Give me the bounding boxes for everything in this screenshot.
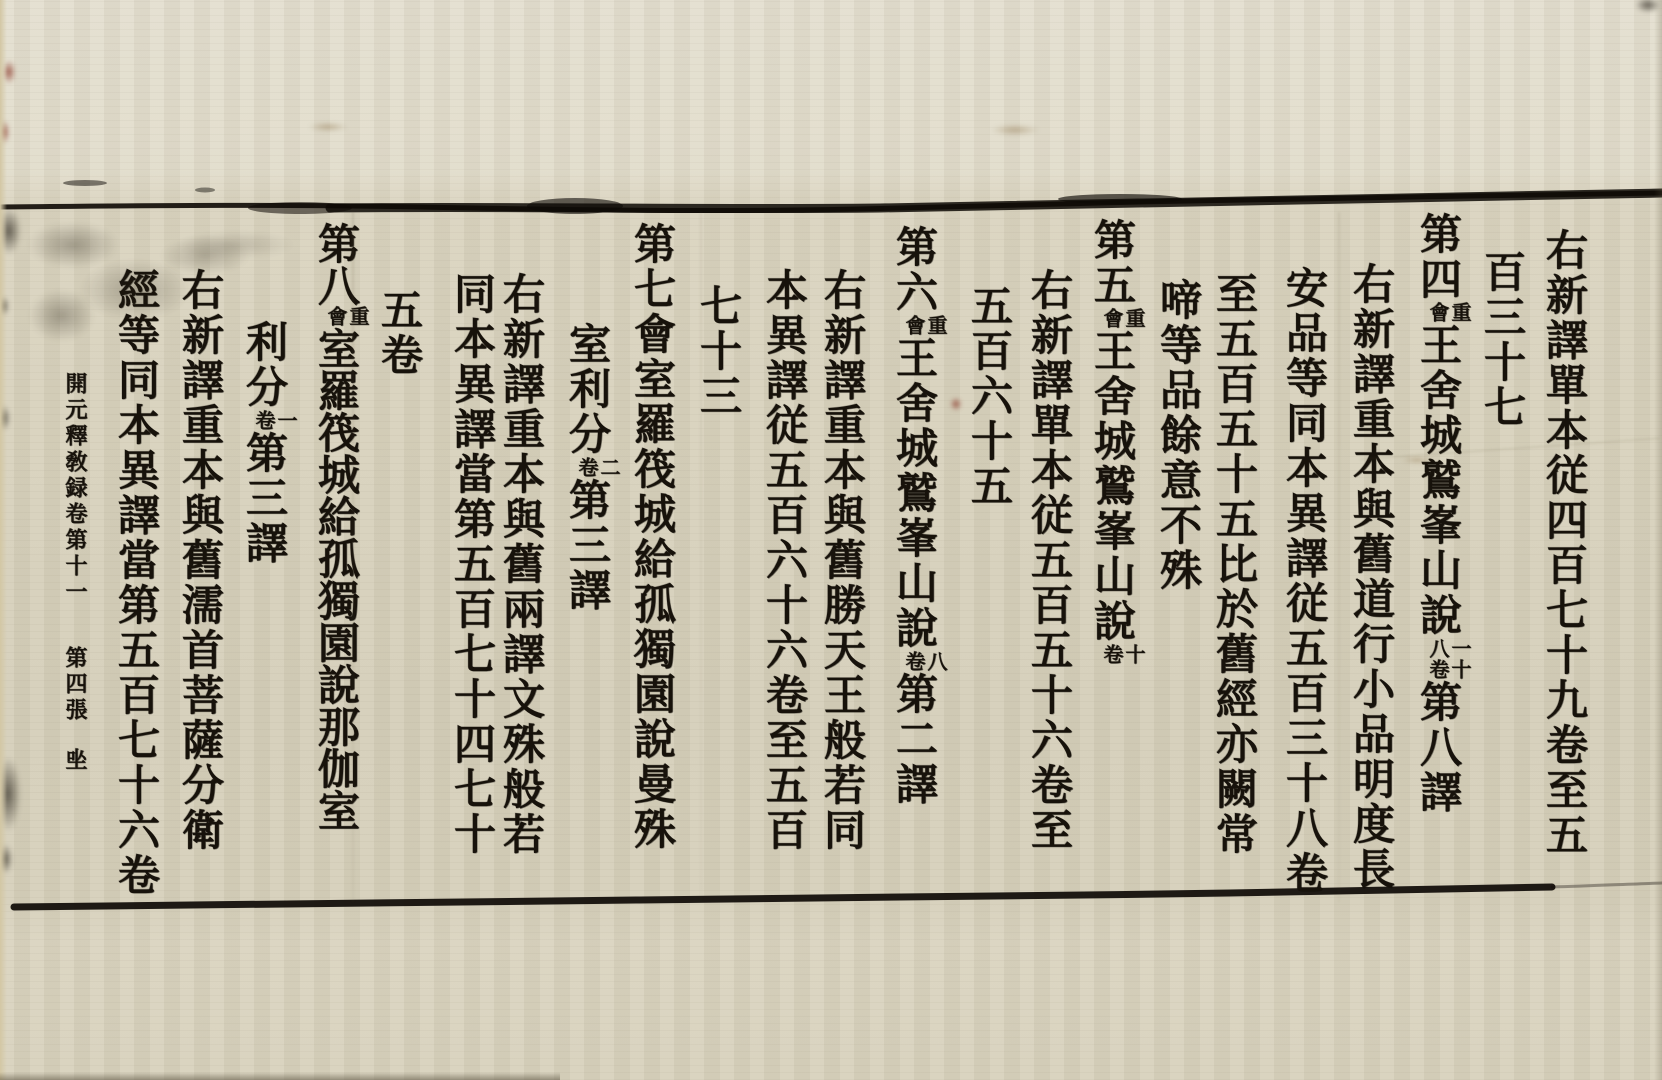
ink-smudge — [0, 292, 12, 320]
scan-edge-bottom — [0, 1072, 560, 1080]
note-left-line: 卷 — [1101, 644, 1123, 665]
interlinear-note: 一卷 — [253, 410, 297, 431]
ink-smudge — [0, 838, 16, 880]
scan-edge-right — [1654, 0, 1662, 1080]
column-text: 第八譯 — [1414, 680, 1463, 815]
seal-mark — [948, 395, 964, 413]
scroll-page: 右新譯單本従四百七十九卷至五百三十七第四重會王舍城鷲峯山說一十八卷第八譯右新譯重… — [0, 0, 1662, 1080]
text-column-16: 室利分二卷第三譯 — [563, 322, 620, 613]
text-column-1: 右新譯單本従四百七十九卷至五 — [1540, 228, 1588, 858]
column-text: 室羅筏城給孤獨園說那伽室 — [312, 327, 361, 831]
column-text: 第四張 — [62, 646, 88, 724]
note-left-line: 會 — [1427, 302, 1449, 323]
column-text: 第二譯 — [890, 672, 939, 807]
column-text: 七十三 — [694, 284, 743, 419]
column-text: 第五 — [1088, 218, 1137, 308]
column-text: 第四 — [1414, 212, 1463, 302]
text-column-4: 右新譯重本與舊道行小品明度長 — [1347, 262, 1395, 892]
note-left-line: 卷 — [576, 457, 598, 478]
paper-crease — [1338, 212, 1340, 902]
column-text: 啼等品餘意不殊 — [1154, 278, 1203, 593]
column-text: 右新譯重本與舊濡首菩薩分衛 — [176, 268, 225, 853]
column-text: 第七會室羅筏城給孤獨園說曼殊 — [628, 222, 677, 852]
ink-smudge — [14, 278, 109, 353]
column-text: 五卷 — [375, 288, 424, 378]
text-gap — [74, 724, 76, 748]
text-column-7: 啼等品餘意不殊 — [1154, 278, 1202, 593]
text-column-19: 五卷 — [375, 288, 423, 378]
column-text: 右新譯重本與舊勝天王般若同 — [818, 268, 867, 853]
column-text: 王舍城鷲峯山說 — [1414, 323, 1463, 638]
interlinear-note: 重會 — [1101, 308, 1145, 329]
bottom-border-rule-faint — [1552, 883, 1662, 887]
text-column-20: 第八重會室羅筏城給孤獨園說那伽室 — [312, 222, 369, 831]
column-text: 第三譯 — [240, 431, 289, 566]
column-text: 第八 — [312, 222, 361, 306]
column-text: 至五百五十五比於舊經亦闕常 — [1210, 272, 1259, 857]
text-column-10: 五百六十五 — [965, 284, 1013, 509]
note-right-line: 重 — [1449, 302, 1471, 323]
note-right-line: 一 — [275, 410, 297, 431]
colophon-column: 開元釋敎録卷第十一第四張㘴 — [62, 372, 88, 774]
text-column-9: 右新譯單本従五百五十六卷至 — [1025, 268, 1073, 853]
scan-edge-left — [0, 0, 7, 1080]
paper-crease — [1360, 438, 1659, 461]
interlinear-note: 重會 — [903, 315, 947, 336]
note-left-line: 會 — [903, 315, 925, 336]
text-column-15: 第七會室羅筏城給孤獨園說曼殊 — [628, 222, 676, 852]
column-text: 本異譯従五百六十六卷至五百 — [760, 268, 809, 853]
seal-mark — [0, 56, 18, 88]
ink-smudge — [0, 198, 26, 264]
text-column-17: 右新譯重本與舊兩譯文殊般若 — [497, 272, 545, 857]
note-left-line: 會 — [325, 306, 347, 327]
paper-fibre — [980, 122, 1050, 138]
note-right-line: 一十 — [1449, 638, 1471, 680]
text-column-14: 七十三 — [694, 284, 742, 419]
note-right-line: 重 — [1123, 308, 1145, 329]
text-column-11: 第六重會王舍城鷲峯山說八卷第二譯 — [890, 225, 947, 807]
text-gap — [74, 606, 76, 646]
column-text: 王舍城鷲峯山說 — [1088, 329, 1137, 644]
interlinear-note: 重會 — [1427, 302, 1471, 323]
column-text: 右新譯重本與舊兩譯文殊般若 — [497, 272, 546, 857]
interlinear-note: 十卷 — [1101, 644, 1145, 665]
text-column-3: 第四重會王舍城鷲峯山說一十八卷第八譯 — [1414, 212, 1471, 815]
ink-smudge — [1630, 0, 1662, 16]
column-text: 右新譯單本従四百七十九卷至五 — [1540, 228, 1589, 858]
column-text: 開元釋敎録卷第十一 — [62, 372, 88, 606]
note-right-line: 十 — [1123, 644, 1145, 665]
column-text: 安品等同本異譯従五百三十八卷 — [1280, 266, 1329, 896]
interlinear-note: 一十八卷 — [1427, 638, 1471, 680]
column-text: 右新譯單本従五百五十六卷至 — [1025, 268, 1074, 853]
ink-smudge — [0, 400, 14, 436]
text-column-23: 經等同本異譯當第五百七十六卷 — [112, 268, 160, 898]
interlinear-note: 二卷 — [576, 457, 620, 478]
column-text: 第六 — [890, 225, 939, 315]
note-left-line: 卷 — [903, 651, 925, 672]
top-border-rule-heavy — [330, 193, 1662, 209]
seal-mark — [0, 116, 12, 148]
column-text: 王舍城鷲峯山說 — [890, 336, 939, 651]
column-text: 右新譯重本與舊道行小品明度長 — [1347, 262, 1396, 892]
column-text: 第三譯 — [563, 478, 612, 613]
column-text: 經等同本異譯當第五百七十六卷 — [112, 268, 161, 898]
ink-smudge — [0, 742, 26, 846]
column-text: 利分 — [240, 320, 289, 410]
paper-fibre — [300, 120, 356, 134]
interlinear-note: 八卷 — [903, 651, 947, 672]
interlinear-note: 重會 — [325, 306, 369, 327]
note-right-line: 重 — [925, 315, 947, 336]
column-text: 五百六十五 — [965, 284, 1014, 509]
text-column-18: 同本異譯當第五百七十四七十 — [448, 272, 496, 857]
text-column-2: 百三十七 — [1478, 250, 1526, 430]
column-text: 百三十七 — [1478, 250, 1527, 430]
note-left-line: 八卷 — [1427, 638, 1449, 680]
note-left-line: 會 — [1101, 308, 1123, 329]
note-right-line: 重 — [347, 306, 369, 327]
ink-smudge — [150, 225, 320, 265]
text-column-22: 右新譯重本與舊濡首菩薩分衛 — [176, 268, 224, 853]
text-column-13: 本異譯従五百六十六卷至五百 — [760, 268, 808, 853]
column-text: 室利分 — [563, 322, 612, 457]
text-column-21: 利分一卷第三譯 — [240, 320, 297, 566]
note-right-line: 八 — [925, 651, 947, 672]
text-column-12: 右新譯重本與舊勝天王般若同 — [818, 268, 866, 853]
note-left-line: 卷 — [253, 410, 275, 431]
note-right-line: 二 — [598, 457, 620, 478]
top-border-rule — [0, 193, 1662, 211]
column-text: 㘴 — [62, 748, 88, 774]
text-column-5: 安品等同本異譯従五百三十八卷 — [1280, 266, 1328, 896]
text-column-6: 至五百五十五比於舊經亦闕常 — [1210, 272, 1258, 857]
text-column-8: 第五重會王舍城鷲峯山說十卷 — [1088, 218, 1145, 665]
column-text: 同本異譯當第五百七十四七十 — [448, 272, 497, 857]
